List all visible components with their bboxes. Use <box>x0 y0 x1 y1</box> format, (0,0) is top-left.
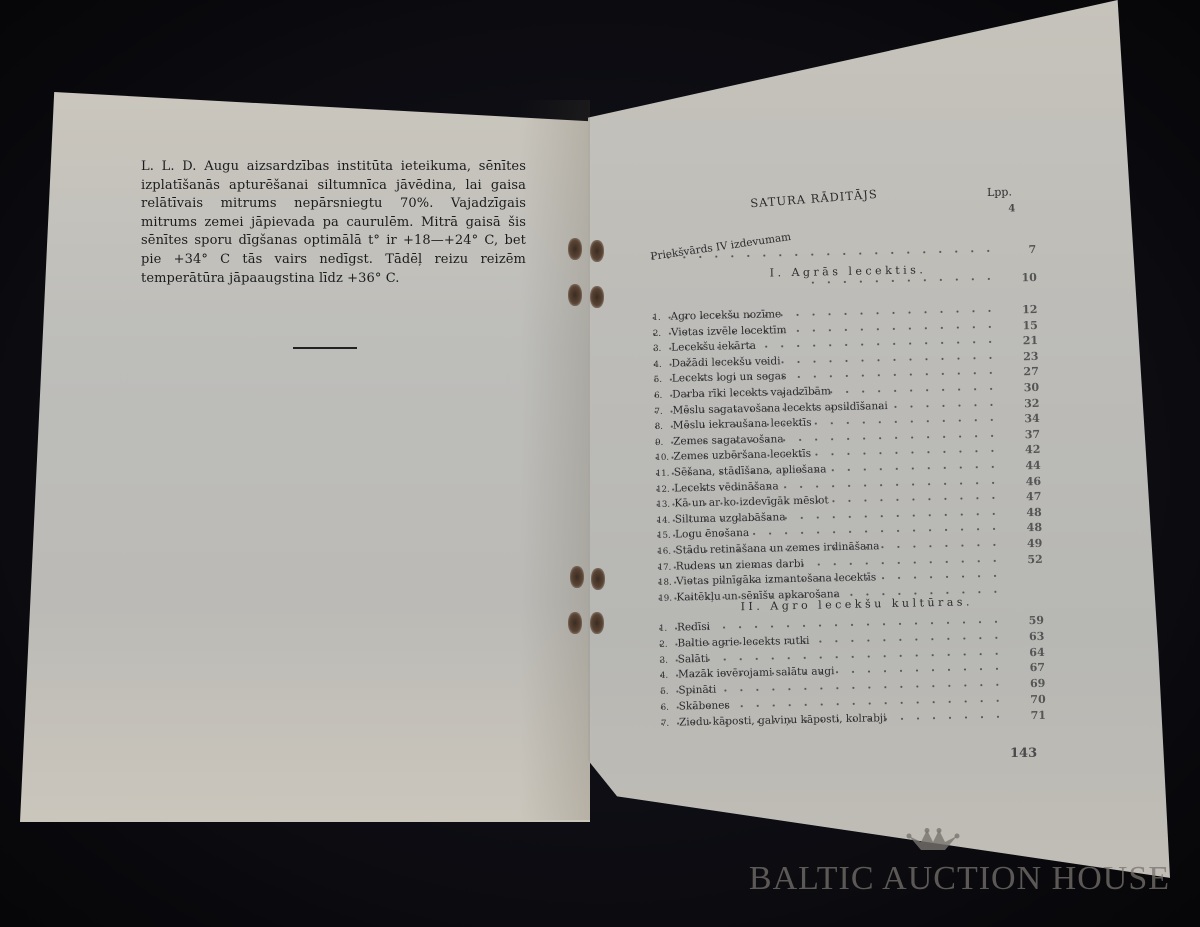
toc-label: Lecekšu iekārta <box>671 340 756 354</box>
toc-page: 37 <box>1025 428 1041 441</box>
toc-entry: 11.Sēšana, stādīšana, apliešana <box>656 463 827 479</box>
toc-label: Dažādi lecekšu veidi <box>671 355 780 369</box>
toc-entry: 10.Zemes uzbēršana lecektīs <box>655 448 811 463</box>
toc-page: 48 <box>1026 506 1042 519</box>
toc-number: 11. <box>656 469 674 479</box>
toc-page: 10 <box>1021 271 1037 284</box>
binding-stitch <box>568 284 582 306</box>
toc-entry: 5.Spināti <box>660 684 716 697</box>
toc-entry: 6.Darba rīki lecekts vajadzībām <box>654 385 831 401</box>
toc-number: 15. <box>657 531 675 541</box>
toc-entry: 5.Lecekts logi un segas <box>654 371 787 386</box>
toc-entry: 15.Logu ēnošana <box>657 527 749 541</box>
toc-entry: 3.Lecekšu iekārta <box>653 340 756 354</box>
toc-label: Mazāk ievērojami salātu augi <box>678 666 835 681</box>
toc-number: 10. <box>655 453 673 463</box>
toc-entry: 2.Vietas izvēle lecektīm <box>653 324 787 339</box>
toc-entry: 3.Salāti <box>660 652 709 665</box>
binding-stitch <box>590 286 604 308</box>
toc-entry: 6.Skābenes <box>661 699 730 712</box>
watermark-text: BALTIC AUCTION HOUSE <box>690 860 1170 898</box>
toc-label: Zemes sagatavošana <box>673 433 784 447</box>
toc-page: 12 <box>1022 303 1038 316</box>
toc-label: Baltie agrie lecekts rutki <box>677 635 809 650</box>
binding-stitch <box>590 240 604 262</box>
toc-number: 9. <box>655 437 673 447</box>
toc-entry: 4.Dažādi lecekšu veidi <box>653 355 780 370</box>
toc-label: Vietas pilnīgāka izmantošana lecektīs <box>676 572 876 588</box>
toc-label: Darba rīki lecekts vajadzībām <box>672 385 831 400</box>
toc-label: Skābenes <box>679 699 730 712</box>
crown-icon <box>905 828 961 854</box>
toc-page: 71 <box>1031 709 1047 722</box>
binding-stitch <box>568 612 582 634</box>
toc-page: 15 <box>1022 319 1038 332</box>
toc-number: 5. <box>654 375 672 385</box>
toc-page: 69 <box>1030 677 1046 690</box>
toc-number: 1. <box>652 313 670 323</box>
left-page-paragraph: L. L. D. Augu aizsardzības institūta iet… <box>141 158 526 288</box>
toc-label: Mēslu iekraušana lecektīs <box>673 417 812 432</box>
toc-label: Zemes uzbēršana lecektīs <box>673 448 811 463</box>
toc-entry: 1.Agro lecekšu nozīme <box>652 308 781 323</box>
toc-label: Lecekts vēdināšana <box>674 480 779 494</box>
toc-entry: 14.Siltuma uzglabāšana <box>657 511 786 526</box>
toc-page: 67 <box>1030 661 1046 674</box>
toc-number: 1. <box>659 624 677 634</box>
toc-entry: 12.Lecekts vēdināšana <box>656 480 779 495</box>
toc-number: 6. <box>661 703 679 713</box>
leader-dots <box>802 278 997 284</box>
toc-entry: 8.Mēslu iekraušana lecektīs <box>655 417 812 432</box>
toc-first-page-num: 4 <box>1008 203 1015 214</box>
binding-stitch <box>570 566 584 588</box>
toc-label: Agro lecekšu nozīme <box>670 308 781 322</box>
toc-label: Siltuma uzglabāšana <box>675 511 786 525</box>
toc-page: 42 <box>1025 443 1041 456</box>
toc-number: 12. <box>656 484 674 494</box>
toc-page: 48 <box>1027 521 1043 534</box>
toc-page: 63 <box>1029 630 1045 643</box>
toc-page: 46 <box>1026 474 1042 487</box>
page-number: 143 <box>1010 746 1037 761</box>
toc-entry: 2.Baltie agrie lecekts rutki <box>659 635 809 650</box>
toc-number: 3. <box>653 344 671 354</box>
toc-number: 17. <box>658 562 676 572</box>
toc-label: Kā un ar ko izdevīgāk mēslot <box>674 495 828 510</box>
page-column-label: Lpp. <box>987 185 1012 199</box>
toc-label: Spināti <box>678 684 716 697</box>
toc-number: 3. <box>660 655 678 665</box>
toc-label: Redīsi <box>677 621 710 634</box>
toc-number: 2. <box>653 328 671 338</box>
toc-number: 8. <box>655 422 673 432</box>
toc-label: Salāti <box>678 652 709 665</box>
toc-page: 23 <box>1023 350 1039 363</box>
toc-page: 32 <box>1024 396 1040 409</box>
toc-number: 18. <box>658 578 676 588</box>
toc-number: 14. <box>657 515 675 525</box>
toc-number: 4. <box>660 671 678 681</box>
toc-page: 44 <box>1025 459 1041 472</box>
toc-number: 2. <box>659 639 677 649</box>
toc-page: 27 <box>1023 365 1039 378</box>
toc-label: Logu ēnošana <box>675 527 749 541</box>
toc-page: 52 <box>1027 552 1043 565</box>
toc-entry: 13.Kā un ar ko izdevīgāk mēslot <box>656 495 828 511</box>
binding-stitch <box>590 612 604 634</box>
toc-label: Rudens un ziemas darbi <box>676 557 804 572</box>
toc-number: 13. <box>656 500 674 510</box>
toc-number: 5. <box>660 687 678 697</box>
toc-entry: 1.Redīsi <box>659 621 710 634</box>
toc-entry: 9.Zemes sagatavošana <box>655 433 784 448</box>
toc-page: 7 <box>1028 243 1036 256</box>
toc-page: 21 <box>1023 334 1039 347</box>
toc-number: 7. <box>661 718 679 728</box>
toc-entry: 17.Rudens un ziemas darbi <box>658 557 804 572</box>
toc-page: 49 <box>1027 537 1043 550</box>
toc-number: 16. <box>657 547 675 557</box>
toc-entry: 4.Mazāk ievērojami salātu augi <box>660 666 835 682</box>
toc-page: 64 <box>1029 645 1045 658</box>
toc-number: 19. <box>658 593 676 603</box>
toc-label: Lecekts logi un segas <box>672 371 787 385</box>
section-divider <box>293 347 357 349</box>
binding-stitch <box>591 568 605 590</box>
toc-page: 59 <box>1029 614 1045 627</box>
toc-number: 7. <box>654 406 672 416</box>
toc-label: Sēšana, stādīšana, apliešana <box>674 463 827 478</box>
toc-page: 47 <box>1026 490 1042 503</box>
toc-page: 30 <box>1024 381 1040 394</box>
toc-label: Vietas izvēle lecektīm <box>671 324 787 338</box>
toc-page: 34 <box>1024 412 1040 425</box>
leader-dots <box>659 621 1004 630</box>
binding-stitch <box>568 238 582 260</box>
toc-number: 6. <box>654 391 672 401</box>
toc-page: 70 <box>1030 693 1046 706</box>
leader-dots <box>660 652 1005 661</box>
toc-number: 4. <box>653 359 671 369</box>
